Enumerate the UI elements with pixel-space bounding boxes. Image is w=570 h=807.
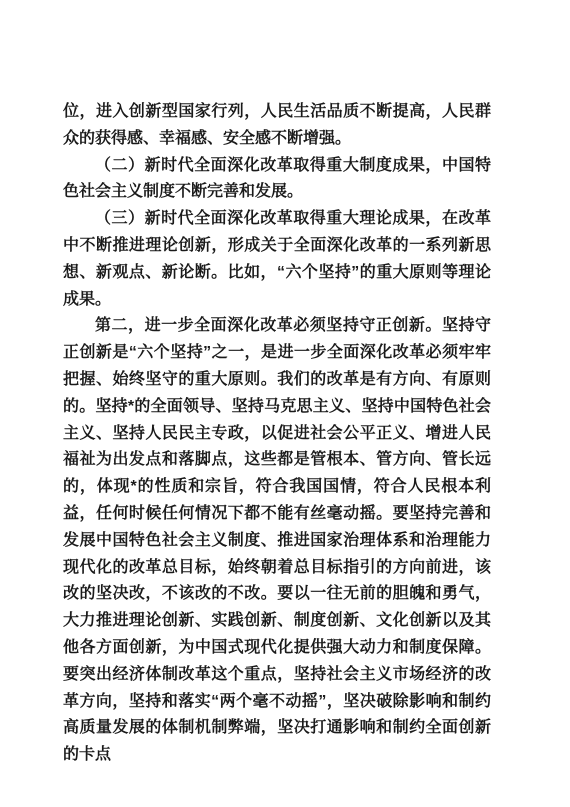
paragraph-section-two: （二）新时代全面深化改革取得重大制度成果，中国特色社会主义制度不断完善和发展。	[63, 153, 491, 207]
paragraph-continuation: 位，进入创新型国家行列，人民生活品质不断提高，人民群众的获得感、幸福感、安全感不…	[63, 99, 491, 153]
document-page: 位，进入创新型国家行列，人民生活品质不断提高，人民群众的获得感、幸福感、安全感不…	[0, 0, 570, 807]
paragraph-section-three: （三）新时代全面深化改革取得重大理论成果，在改革中不断推进理论创新，形成关于全面…	[63, 206, 491, 313]
paragraph-point-two-shouzheng-chuangxin: 第二，进一步全面深化改革必须坚持守正创新。坚持守正创新是“六个坚持”之一，是进一…	[63, 313, 491, 769]
document-text-block: 位，进入创新型国家行列，人民生活品质不断提高，人民群众的获得感、幸福感、安全感不…	[63, 99, 491, 769]
